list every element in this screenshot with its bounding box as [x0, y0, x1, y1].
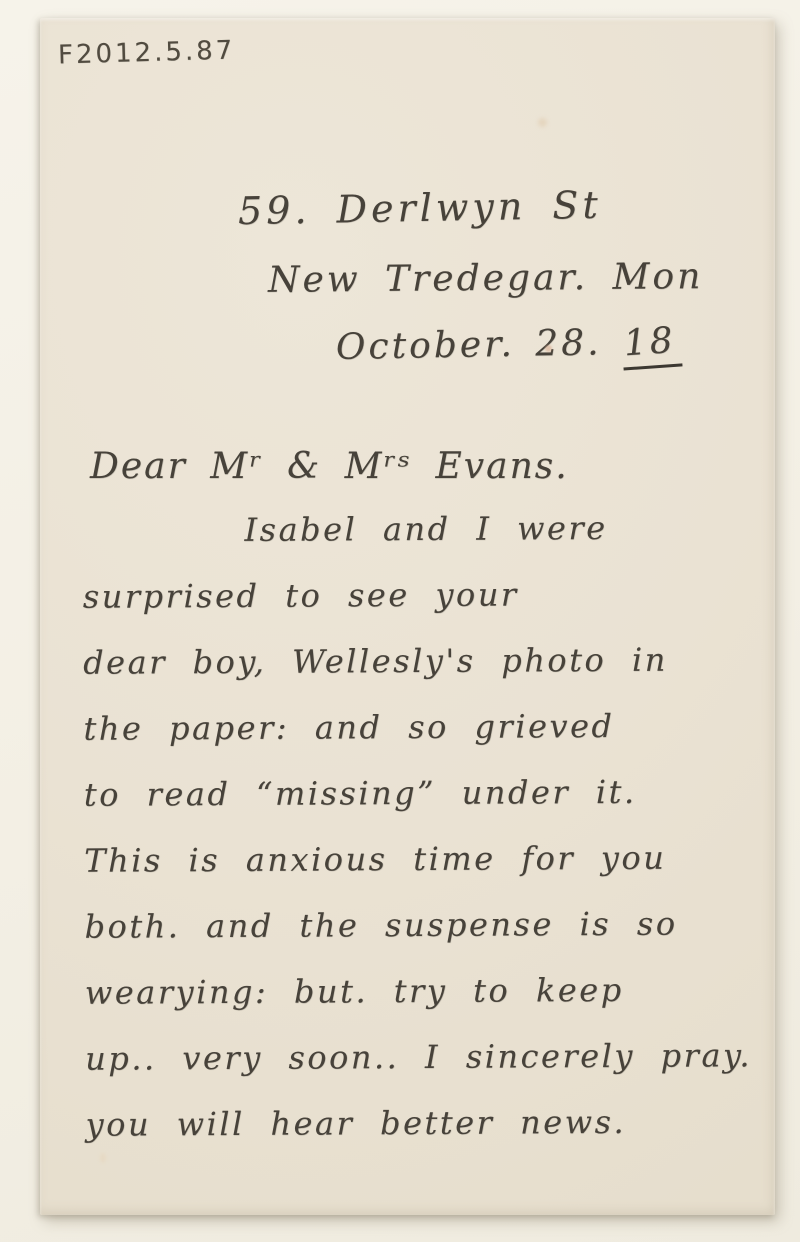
letter-line: both. and the suspense is so	[84, 890, 764, 960]
letter-line: This is anxious time for you	[84, 824, 764, 894]
photo-background: F2012.5.87 59. Derlwyn St New Tredegar. …	[0, 0, 800, 1242]
letter-line: Isabel and I were	[82, 494, 762, 564]
date-line: October. 28. 18	[336, 321, 682, 374]
paper-blemish	[538, 118, 547, 127]
letter-line: dear boy, Wellesly's photo in	[83, 626, 763, 696]
address-line-1: 59. Derlwyn St	[238, 183, 602, 233]
letter-line: surprised to see your	[83, 560, 763, 630]
letter-line: up.. very soon.. I sincerely pray.	[85, 1022, 765, 1092]
salutation: Dear Mʳ & Mʳˢ Evans.	[90, 446, 569, 487]
letter-line: the paper: and so grieved	[83, 692, 763, 762]
letter-line: to read “missing” under it.	[84, 758, 764, 828]
letter-body: Isabel and I were surprised to see your …	[82, 494, 765, 1158]
date-text: October. 28.	[336, 322, 602, 368]
letter-paper: F2012.5.87 59. Derlwyn St New Tredegar. …	[40, 18, 775, 1215]
letter-line: wearying: but. try to keep	[85, 956, 765, 1026]
letter-line: you will hear better news.	[85, 1088, 765, 1158]
address-line-2: New Tredegar. Mon	[268, 256, 704, 301]
date-year-underlined: 18	[620, 320, 682, 371]
accession-number: F2012.5.87	[58, 36, 236, 71]
